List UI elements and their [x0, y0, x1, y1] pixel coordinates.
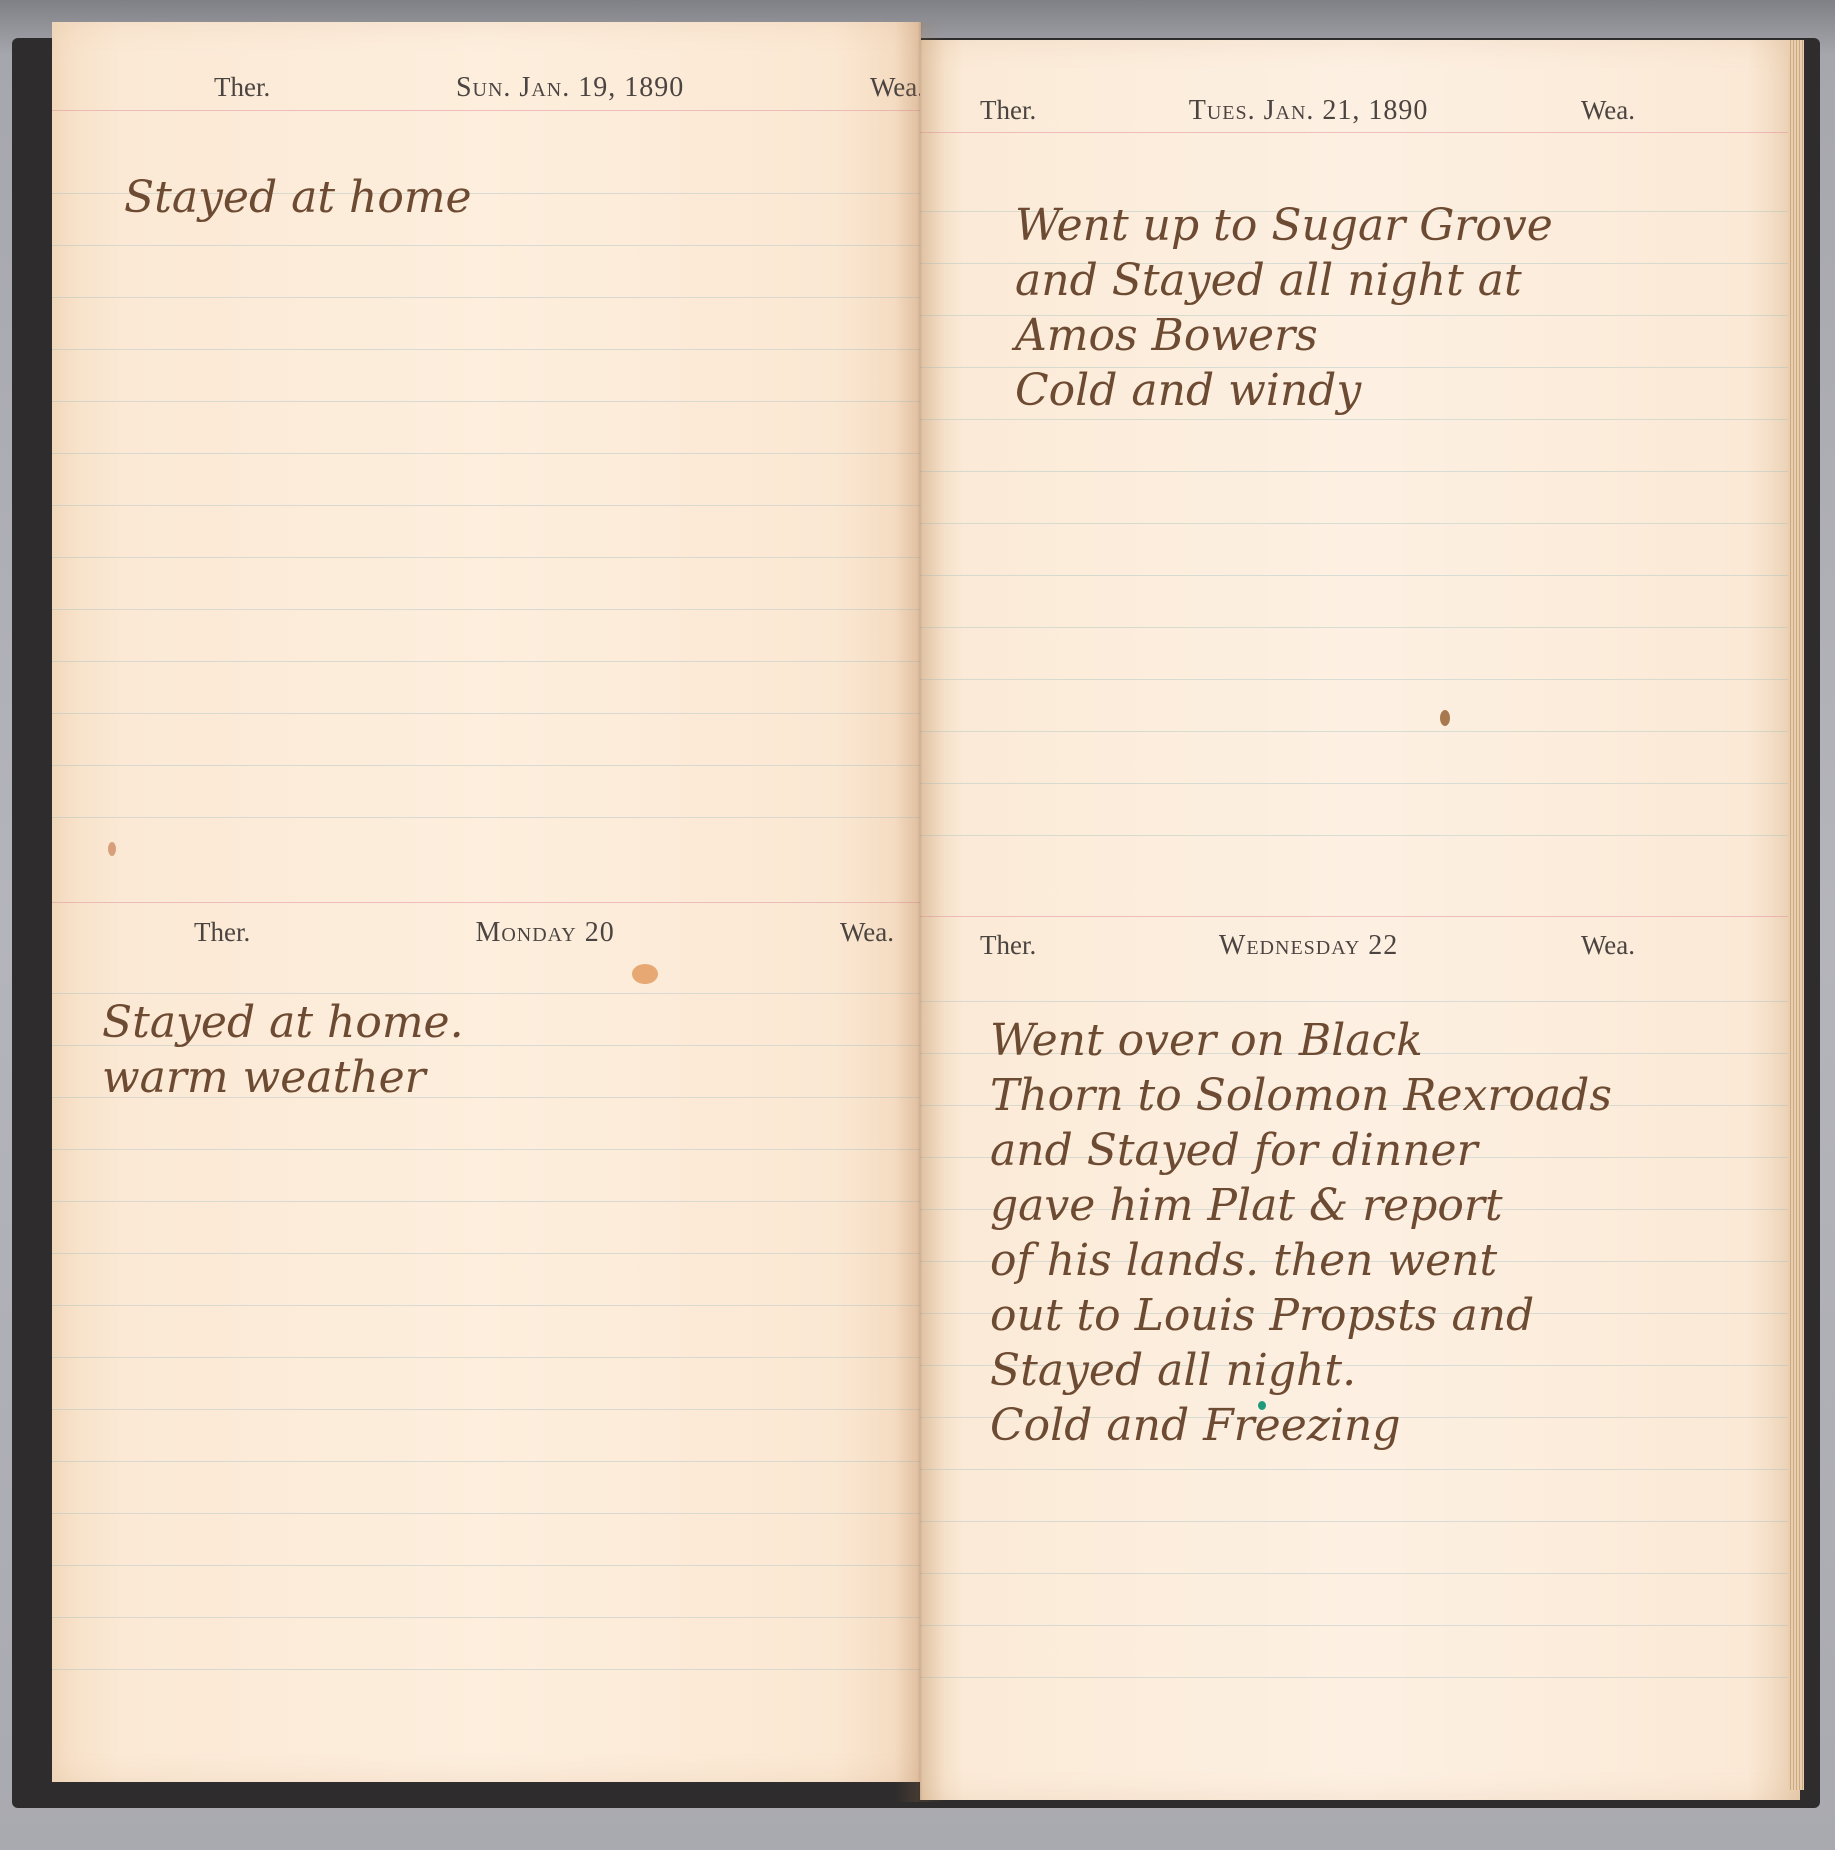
section-divider: [920, 916, 1800, 917]
handwritten-line: Went over on Black: [990, 1015, 1423, 1067]
ruled-lines: [52, 142, 920, 842]
entry-date: Wednesday 22: [1219, 930, 1398, 962]
entry-header: Ther. Sun. Jan. 19, 1890 Wea.: [214, 72, 924, 104]
handwritten-line: and Stayed all night at: [1015, 255, 1522, 307]
entry-header: Ther. Tues. Jan. 21, 1890 Wea.: [980, 95, 1635, 127]
handwritten-line: Stayed at home: [124, 172, 472, 224]
ther-label: Ther.: [980, 930, 1036, 961]
left-page: Ther. Sun. Jan. 19, 1890 Wea. Stayed at …: [52, 22, 921, 1782]
handwritten-line: Cold and Freezing: [990, 1400, 1401, 1452]
green-ink-dot: [1258, 1401, 1266, 1410]
handwritten-line: Stayed all night.: [990, 1345, 1356, 1397]
handwritten-line: Stayed at home.: [102, 997, 464, 1049]
ink-spot: [1440, 710, 1450, 726]
handwritten-line: Amos Bowers: [1015, 310, 1318, 362]
handwritten-line: Thorn to Solomon Rexroads: [990, 1070, 1612, 1122]
ink-stain: [108, 842, 116, 856]
handwritten-line: Cold and windy: [1015, 365, 1361, 417]
entry-header: Ther. Wednesday 22 Wea.: [980, 930, 1635, 962]
right-page: Ther. Tues. Jan. 21, 1890 Wea. Went up t…: [920, 40, 1800, 1800]
handwritten-line: and Stayed for dinner: [990, 1125, 1478, 1177]
wea-label: Wea.: [840, 917, 894, 948]
handwritten-line: warm weather: [102, 1052, 426, 1104]
handwritten-line: of his lands. then went: [990, 1235, 1497, 1287]
wea-label: Wea.: [1581, 95, 1635, 126]
header-rule: [52, 110, 920, 111]
ther-label: Ther.: [194, 917, 250, 948]
entry-date: Monday 20: [475, 917, 614, 949]
header-rule: [920, 132, 1800, 133]
ther-label: Ther.: [980, 95, 1036, 126]
section-divider: [52, 902, 920, 903]
entry-date: Tues. Jan. 21, 1890: [1189, 95, 1429, 127]
handwritten-line: Went up to Sugar Grove: [1015, 200, 1553, 252]
ink-stain: [632, 964, 658, 984]
wea-label: Wea.: [1581, 930, 1635, 961]
book-gutter: [895, 22, 945, 1802]
page-edges: [1788, 40, 1804, 1790]
entry-header: Ther. Monday 20 Wea.: [194, 917, 894, 949]
handwritten-line: gave him Plat & report: [990, 1180, 1503, 1232]
handwritten-line: out to Louis Propsts and: [990, 1290, 1534, 1342]
entry-date: Sun. Jan. 19, 1890: [456, 72, 684, 104]
ther-label: Ther.: [214, 72, 270, 103]
